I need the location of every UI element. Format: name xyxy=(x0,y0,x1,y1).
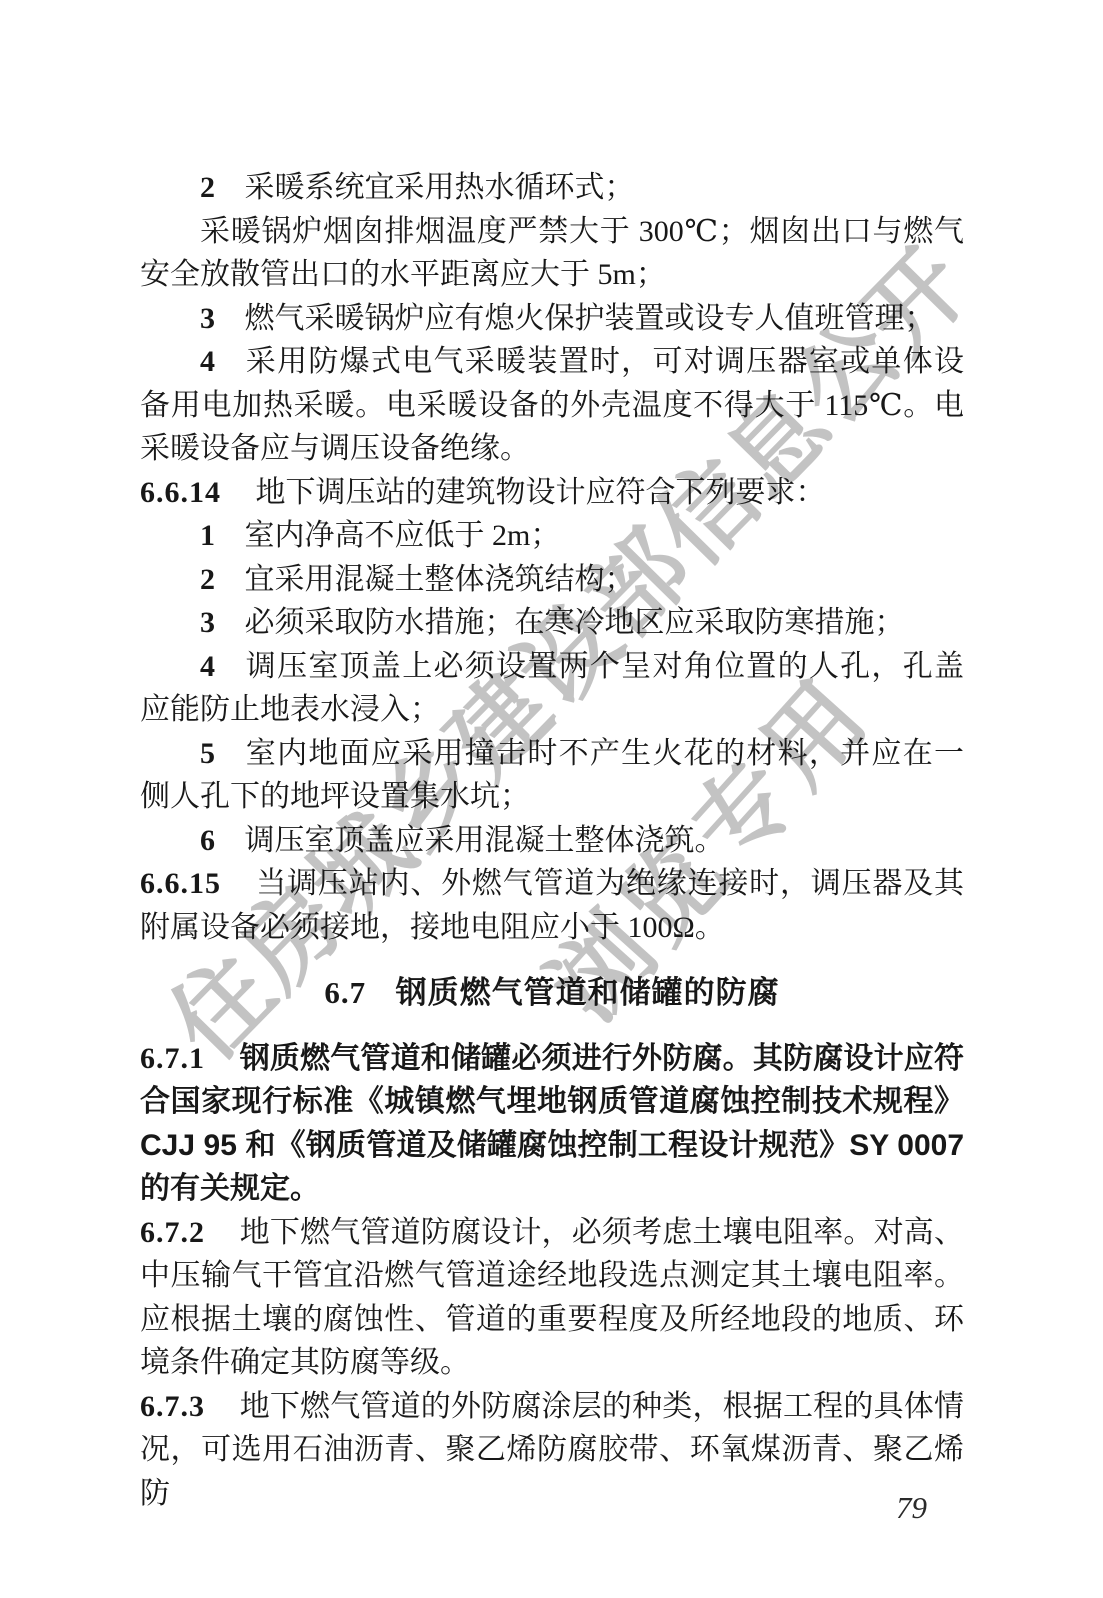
clause-number: 6.6.14 xyxy=(140,476,221,509)
paragraph-text: 采暖锅炉烟囱排烟温度严禁大于 300℃；烟囱出口与燃气安全放散管出口的水平距离应… xyxy=(140,215,964,292)
document-page: 住房城乡建设部信息公开 浏览专用 2采暖系统宜采用热水循环式； 采暖锅炉烟囱排烟… xyxy=(0,0,1103,1598)
item-number: 2 xyxy=(200,171,216,204)
paragraph-boiler-flue: 采暖锅炉烟囱排烟温度严禁大于 300℃；烟囱出口与燃气安全放散管出口的水平距离应… xyxy=(140,210,964,297)
item-number: 4 xyxy=(200,345,216,378)
list-item-3: 3燃气采暖锅炉应有熄火保护装置或设专人值班管理； xyxy=(140,297,964,341)
clause-6-6-14: 6.6.14地下调压站的建筑物设计应符合下列要求： xyxy=(140,471,964,515)
item-number: 3 xyxy=(200,606,216,639)
clause-number: 6.6.15 xyxy=(140,867,221,900)
item-number: 5 xyxy=(200,737,216,770)
clause-6-7-3: 6.7.3地下燃气管道的外防腐涂层的种类，根据工程的具体情况，可选用石油沥青、聚… xyxy=(140,1385,964,1516)
item-number: 1 xyxy=(200,519,216,552)
item-text: 燃气采暖锅炉应有熄火保护装置或设专人值班管理； xyxy=(245,302,935,335)
section-heading-6-7: 6.7钢质燃气管道和储罐的防腐 xyxy=(140,971,964,1015)
page-body: 2采暖系统宜采用热水循环式； 采暖锅炉烟囱排烟温度严禁大于 300℃；烟囱出口与… xyxy=(140,166,964,1515)
list-item-6: 6调压室顶盖应采用混凝土整体浇筑。 xyxy=(140,819,964,863)
clause-text: 地下燃气管道的外防腐涂层的种类，根据工程的具体情况，可选用石油沥青、聚乙烯防腐胶… xyxy=(140,1390,964,1510)
item-text: 室内净高不应低于 2m； xyxy=(245,519,561,552)
clause-6-7-1: 6.7.1钢质燃气管道和储罐必须进行外防腐。其防腐设计应符合国家现行标准《城镇燃… xyxy=(140,1037,964,1211)
clause-number: 6.7.2 xyxy=(140,1216,205,1249)
clause-text: 地下调压站的建筑物设计应符合下列要求： xyxy=(256,476,826,509)
item-text: 调压室顶盖上必须设置两个呈对角位置的人孔，孔盖应能防止地表水浸入； xyxy=(140,650,964,727)
item-number: 2 xyxy=(200,563,216,596)
clause-number: 6.7.1 xyxy=(140,1042,205,1075)
list-item-3b: 3必须采取防水措施；在寒冷地区应采取防寒措施； xyxy=(140,601,964,645)
item-text: 调压室顶盖应采用混凝土整体浇筑。 xyxy=(245,824,725,857)
item-text: 宜采用混凝土整体浇筑结构； xyxy=(245,563,635,596)
list-item-4b: 4调压室顶盖上必须设置两个呈对角位置的人孔，孔盖应能防止地表水浸入； xyxy=(140,645,964,732)
clause-text: 钢质燃气管道和储罐必须进行外防腐。其防腐设计应符合国家现行标准《城镇燃气埋地钢质… xyxy=(140,1042,964,1206)
item-text: 采暖系统宜采用热水循环式； xyxy=(245,171,635,204)
list-item-5: 5室内地面应采用撞击时不产生火花的材料，并应在一侧人孔下的地坪设置集水坑； xyxy=(140,732,964,819)
list-item-4: 4采用防爆式电气采暖装置时，可对调压器室或单体设备用电加热采暖。电采暖设备的外壳… xyxy=(140,340,964,471)
clause-6-6-15: 6.6.15当调压站内、外燃气管道为绝缘连接时，调压器及其附属设备必须接地，接地… xyxy=(140,862,964,949)
list-item-2: 2采暖系统宜采用热水循环式； xyxy=(140,166,964,210)
item-text: 采用防爆式电气采暖装置时，可对调压器室或单体设备用电加热采暖。电采暖设备的外壳温… xyxy=(140,345,964,465)
section-number: 6.7 xyxy=(324,975,366,1010)
page-number: 79 xyxy=(896,1490,956,1526)
clause-6-7-2: 6.7.2地下燃气管道防腐设计，必须考虑土壤电阻率。对高、中压输气干管宜沿燃气管… xyxy=(140,1211,964,1385)
clause-text: 地下燃气管道防腐设计，必须考虑土壤电阻率。对高、中压输气干管宜沿燃气管道途经地段… xyxy=(140,1216,964,1380)
item-number: 6 xyxy=(200,824,216,857)
item-number: 3 xyxy=(200,302,216,335)
item-number: 4 xyxy=(200,650,216,683)
list-item-1: 1室内净高不应低于 2m； xyxy=(140,514,964,558)
clause-text: 当调压站内、外燃气管道为绝缘连接时，调压器及其附属设备必须接地，接地电阻应小于 … xyxy=(140,867,964,944)
item-text: 室内地面应采用撞击时不产生火花的材料，并应在一侧人孔下的地坪设置集水坑； xyxy=(140,737,964,814)
item-text: 必须采取防水措施；在寒冷地区应采取防寒措施； xyxy=(245,606,905,639)
list-item-2b: 2宜采用混凝土整体浇筑结构； xyxy=(140,558,964,602)
clause-number: 6.7.3 xyxy=(140,1390,205,1423)
section-title: 钢质燃气管道和储罐的防腐 xyxy=(396,975,780,1010)
